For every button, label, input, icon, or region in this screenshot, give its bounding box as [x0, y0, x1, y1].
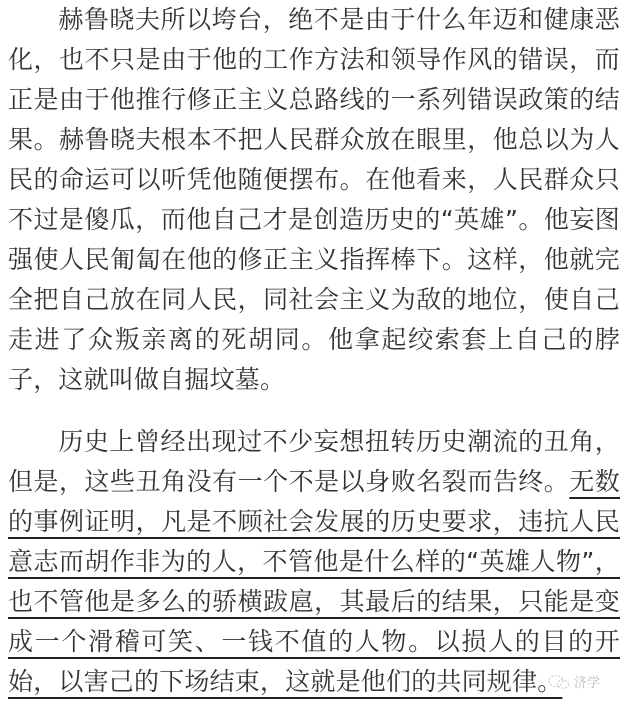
paragraph-1-text: 赫鲁晓夫所以垮台，绝不是由于什么年迈和健康恶化，也不只是由于他的工作方法和领导作…	[8, 5, 620, 394]
watermark: 济学	[548, 672, 600, 691]
article-body: 赫鲁晓夫所以垮台，绝不是由于什么年迈和健康恶化，也不只是由于他的工作方法和领导作…	[8, 0, 620, 702]
watermark-label: 济学	[574, 672, 600, 691]
wechat-icon	[548, 674, 570, 690]
paragraph-2-plain-text: 历史上曾经出现过不少妄想扭转历史潮流的丑角，但是，这些丑角没有一个不是以身败名裂…	[8, 427, 620, 496]
paragraph-2: 历史上曾经出现过不少妄想扭转历史潮流的丑角，但是，这些丑角没有一个不是以身败名裂…	[8, 422, 620, 702]
paragraph-1: 赫鲁晓夫所以垮台，绝不是由于什么年迈和健康恶化，也不只是由于他的工作方法和领导作…	[8, 0, 620, 400]
paragraph-2-underlined-text: 无数的事例证明，凡是不顾社会发展的历史要求，违抗人民意志而胡作非为的人，不管他是…	[8, 467, 620, 696]
